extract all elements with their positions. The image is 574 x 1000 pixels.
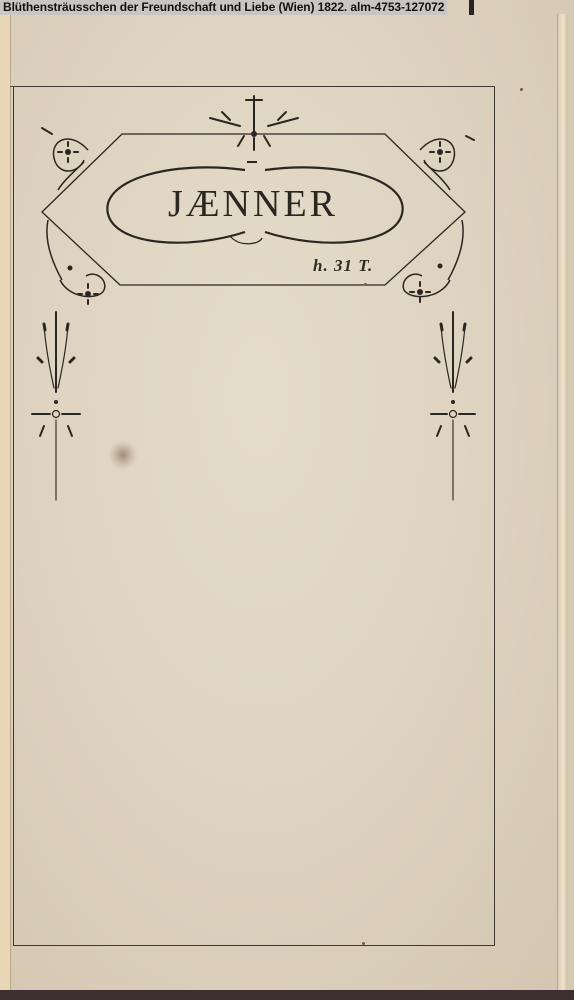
days-count-note: h. 31 T. <box>313 256 373 276</box>
scan-background <box>0 990 574 1000</box>
month-title: JÆNNER <box>104 182 402 226</box>
caption-end-marker <box>469 0 474 15</box>
paper-speck <box>362 942 365 945</box>
paper-stain <box>108 440 138 470</box>
header-ornament <box>0 0 574 520</box>
paper-speck <box>520 88 523 91</box>
paper-speck <box>364 283 367 286</box>
image-caption: Blüthensträusschen der Freundschaft und … <box>0 0 447 15</box>
scanned-page: JÆNNER h. 31 T. <box>0 0 574 990</box>
